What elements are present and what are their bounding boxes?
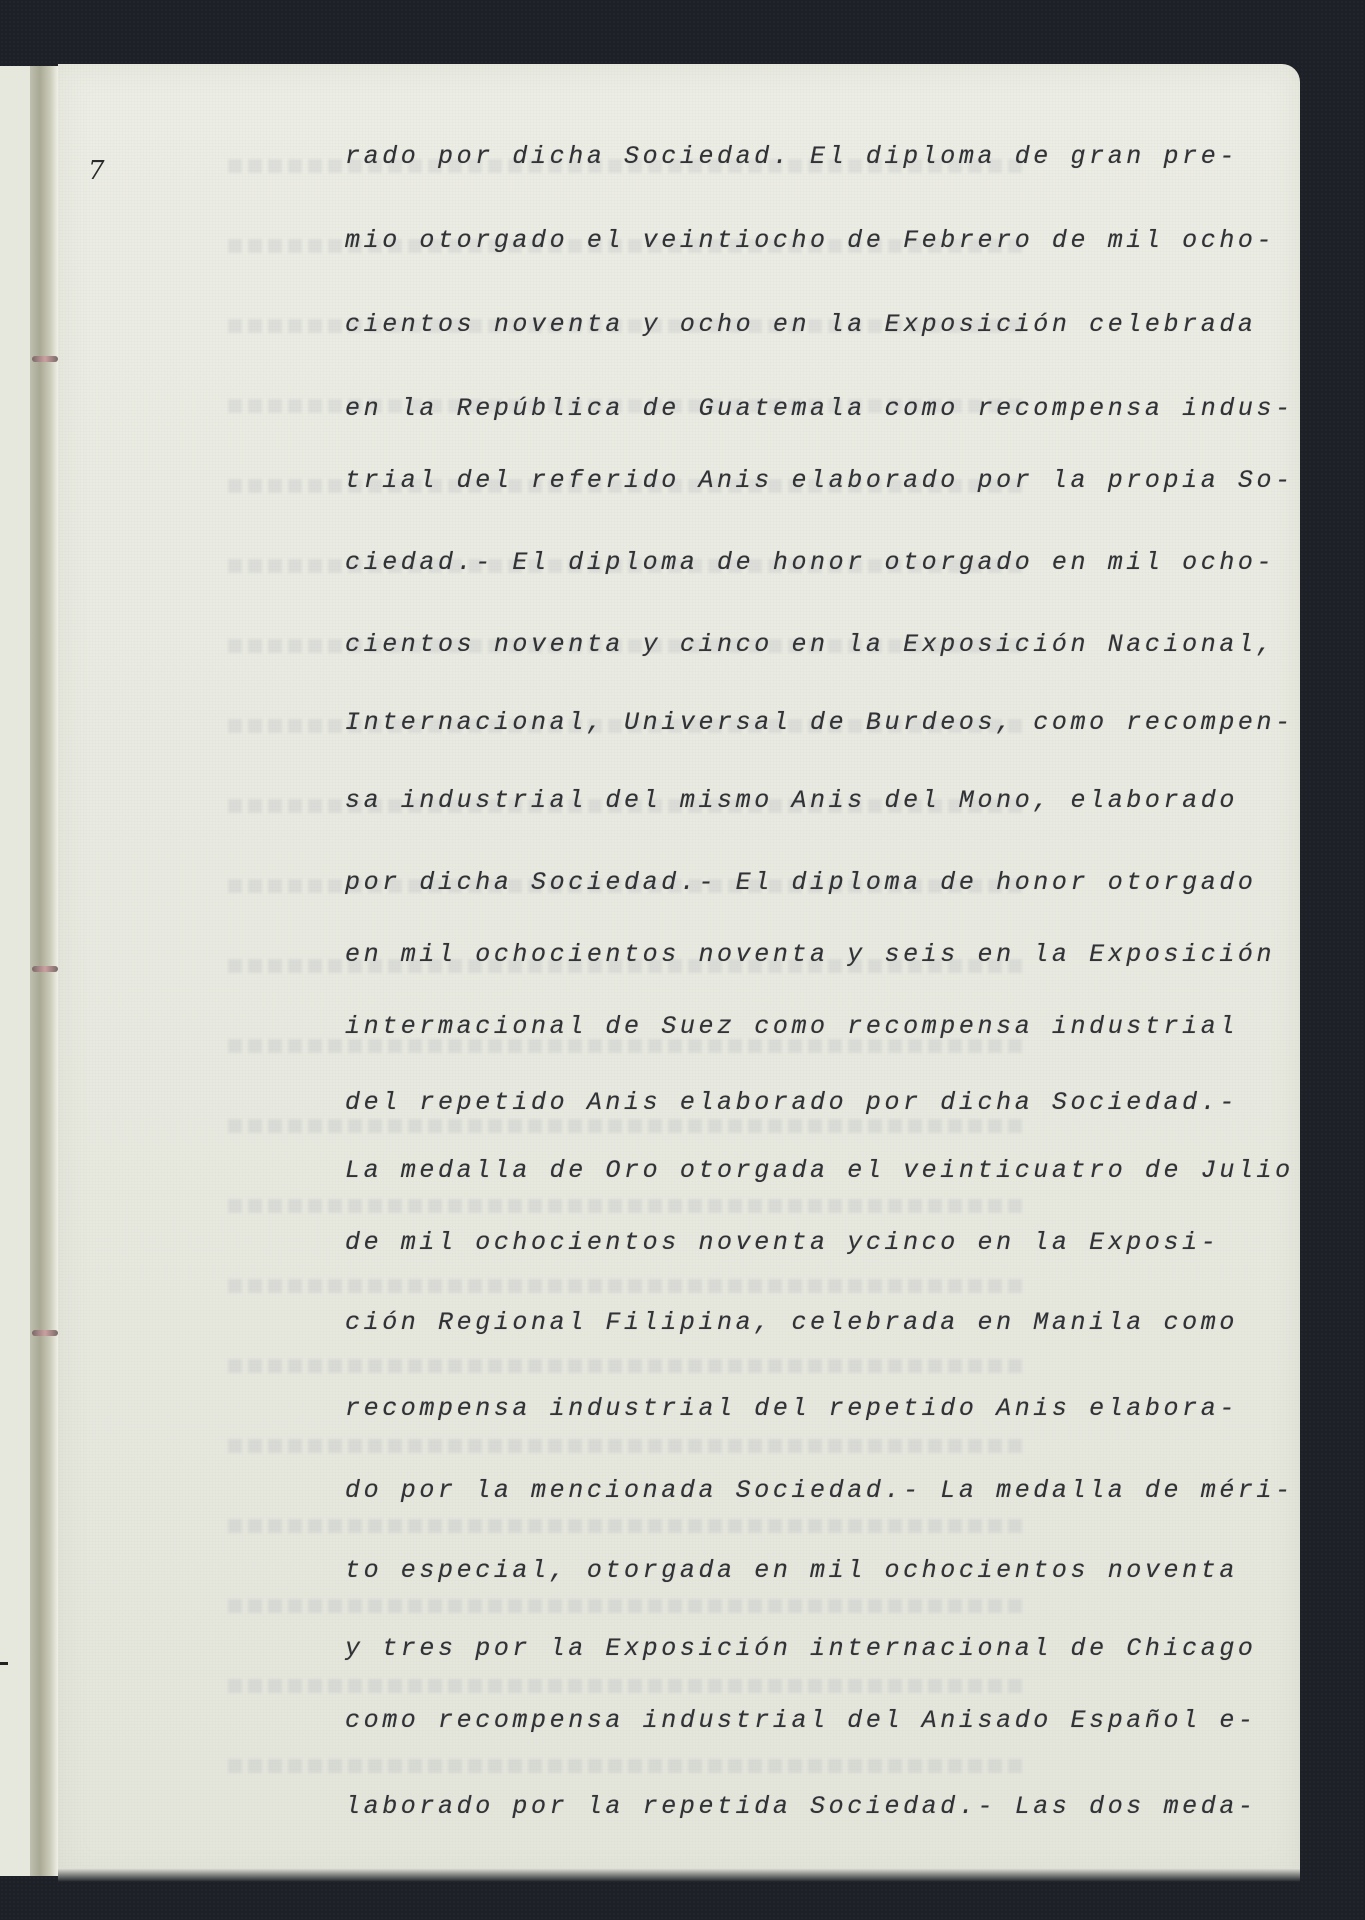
text-line: sa industrial del mismo Anis del Mono, e… — [345, 786, 1238, 815]
text-line: de mil ochocientos noventa ycinco en la … — [345, 1228, 1219, 1257]
text-line: cientos noventa y cinco en la Exposición… — [345, 630, 1275, 659]
binding-stitch — [32, 966, 58, 972]
binding-stitch — [32, 356, 58, 362]
previous-leaf-edge — [0, 66, 31, 1876]
text-line: mio otorgado el veintiocho de Febrero de… — [345, 226, 1275, 255]
text-line: en mil ochocientos noventa y seis en la … — [345, 940, 1275, 969]
text-line: intermacional de Suez como recompensa in… — [345, 1012, 1238, 1041]
text-line: por dicha Sociedad.- El diploma de honor… — [345, 868, 1257, 897]
text-line: laborado por la repetida Sociedad.- Las … — [345, 1792, 1257, 1821]
text-line: ción Regional Filipina, celebrada en Man… — [345, 1308, 1238, 1337]
text-line: rado por dicha Sociedad. El diploma de g… — [345, 142, 1238, 171]
text-line: y tres por la Exposición internacional d… — [345, 1634, 1257, 1663]
leaf-mark — [0, 1662, 8, 1665]
text-line: del repetido Anis elaborado por dicha So… — [345, 1088, 1238, 1117]
text-line: do por la mencionada Sociedad.- La medal… — [345, 1476, 1294, 1505]
page-number: 7 — [88, 156, 105, 186]
text-line: to especial, otorgada en mil ochocientos… — [345, 1556, 1238, 1585]
text-line: trial del referido Anis elaborado por la… — [345, 466, 1294, 495]
text-line: cientos noventa y ocho en la Exposición … — [345, 310, 1257, 339]
text-line: recompensa industrial del repetido Anis … — [345, 1394, 1238, 1423]
text-line: ciedad.- El diploma de honor otorgado en… — [345, 548, 1275, 577]
binding-stitch — [32, 1330, 58, 1336]
text-line: La medalla de Oro otorgada el veinticuat… — [345, 1156, 1294, 1185]
text-line: en la República de Guatemala como recomp… — [345, 394, 1294, 423]
text-line: Internacional, Universal de Burdeos, com… — [345, 708, 1294, 737]
text-line: como recompensa industrial del Anisado E… — [345, 1706, 1257, 1735]
page-bottom-edge — [58, 1868, 1300, 1882]
